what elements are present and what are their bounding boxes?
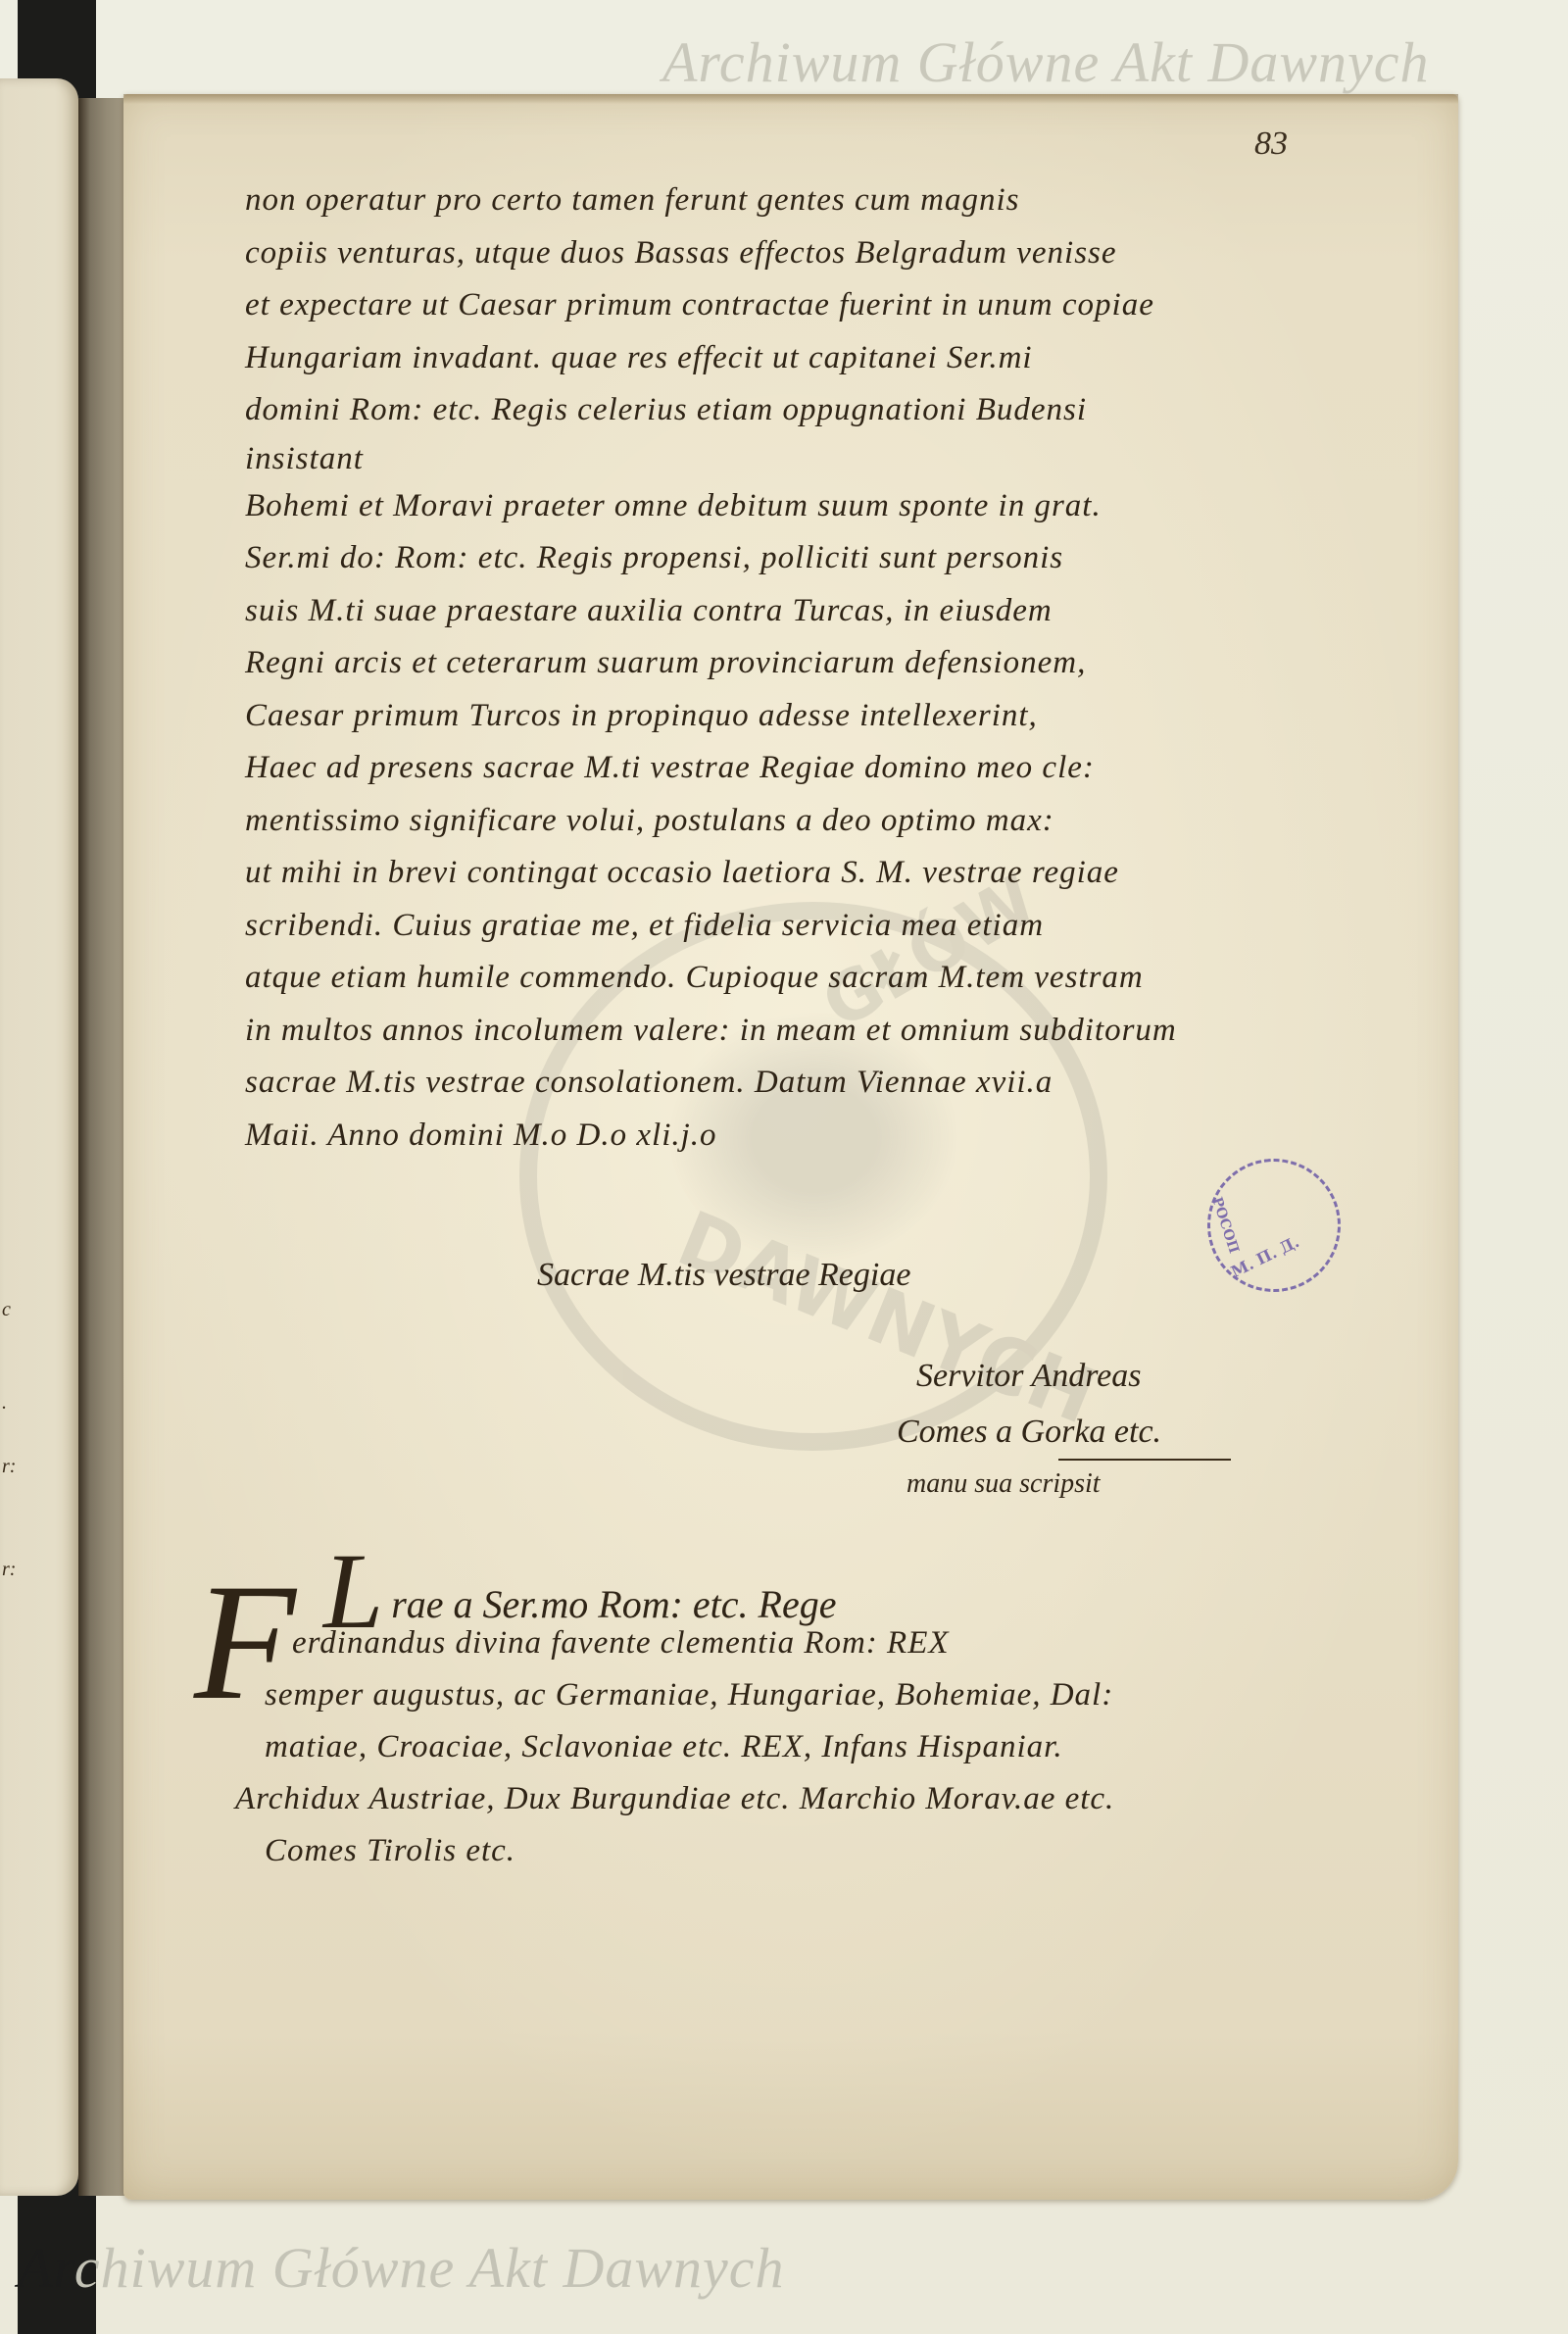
second-letter-body: erdinandus divina favente clementia Rom:… [225, 1617, 1264, 1877]
left-page-fragment: c [2, 1299, 11, 1321]
text-line: erdinandus divina favente clementia Rom:… [225, 1617, 1264, 1669]
text-line: ut mihi in brevi contingat occasio laeti… [245, 847, 1245, 900]
text-line: scribendi. Cuius gratiae me, et fidelia … [245, 900, 1245, 953]
left-page-fragment: r: [2, 1559, 16, 1581]
book-gutter-shadow [78, 98, 125, 2196]
letter-body: non operatur pro certo tamen ferunt gent… [245, 174, 1245, 1162]
archive-watermark: Archiwum Główne Akt Dawnych [18, 2235, 785, 2301]
text-line: Caesar primum Turcos in propinquo adesse… [245, 690, 1245, 743]
signature-underline [1058, 1459, 1231, 1461]
folio-number: 83 [1254, 125, 1288, 163]
text-line: sacrae M.tis vestrae consolationem. Datu… [245, 1057, 1245, 1110]
left-page-fragment: r: [2, 1456, 16, 1478]
closing-formula: Sacrae M.tis vestrae Regiae [537, 1257, 910, 1294]
text-line: Archidux Austriae, Dux Burgundiae etc. M… [225, 1773, 1264, 1825]
text-line: suis M.ti suae praestare auxilia contra … [245, 585, 1245, 638]
text-line: mentissimo significare volui, postulans … [245, 795, 1245, 848]
text-line: domini Rom: etc. Regis celerius etiam op… [245, 384, 1245, 437]
text-line: in multos annos incolumem valere: in mea… [245, 1005, 1245, 1058]
text-line: Regni arcis et ceterarum suarum provinci… [245, 637, 1245, 690]
text-line: non operatur pro certo tamen ferunt gent… [245, 174, 1245, 227]
watermark-part: Ar [18, 2236, 74, 2300]
page-edge [123, 94, 1458, 104]
signature-line: manu sua scripsit [906, 1468, 1101, 1500]
signature-line: Comes a Gorka etc. [897, 1414, 1161, 1451]
text-line: Maii. Anno domini M.o D.o xli.j.o [245, 1110, 1245, 1163]
text-line: insistant [245, 437, 1245, 480]
text-line: Comes Tirolis etc. [225, 1825, 1264, 1877]
text-line: copiis venturas, utque duos Bassas effec… [245, 227, 1245, 280]
stamp-text: РОСОП [1208, 1195, 1242, 1255]
text-line: Haec ad presens sacrae M.ti vestrae Regi… [245, 742, 1245, 795]
signature-line: Servitor Andreas [916, 1358, 1141, 1395]
watermark-part: chiwum Główne Akt Dawnych [74, 2236, 785, 2300]
text-line: Ser.mi do: Rom: etc. Regis propensi, pol… [245, 532, 1245, 585]
left-page-fragment: . [2, 1392, 7, 1415]
text-line: atque etiam humile commendo. Cupioque sa… [245, 952, 1245, 1005]
text-line: semper augustus, ac Germaniae, Hungariae… [225, 1669, 1264, 1721]
text-line: et expectare ut Caesar primum contractae… [245, 279, 1245, 332]
text-line: matiae, Croaciae, Sclavoniae etc. REX, I… [225, 1721, 1264, 1773]
archive-watermark: Archiwum Główne Akt Dawnych [662, 29, 1430, 95]
text-line: Hungariam invadant. quae res effecit ut … [245, 332, 1245, 385]
stamp-text: M. П. Д. [1228, 1232, 1302, 1281]
left-facing-page: c . r: r: [0, 78, 78, 2196]
text-line: Bohemi et Moravi praeter omne debitum su… [245, 480, 1245, 533]
